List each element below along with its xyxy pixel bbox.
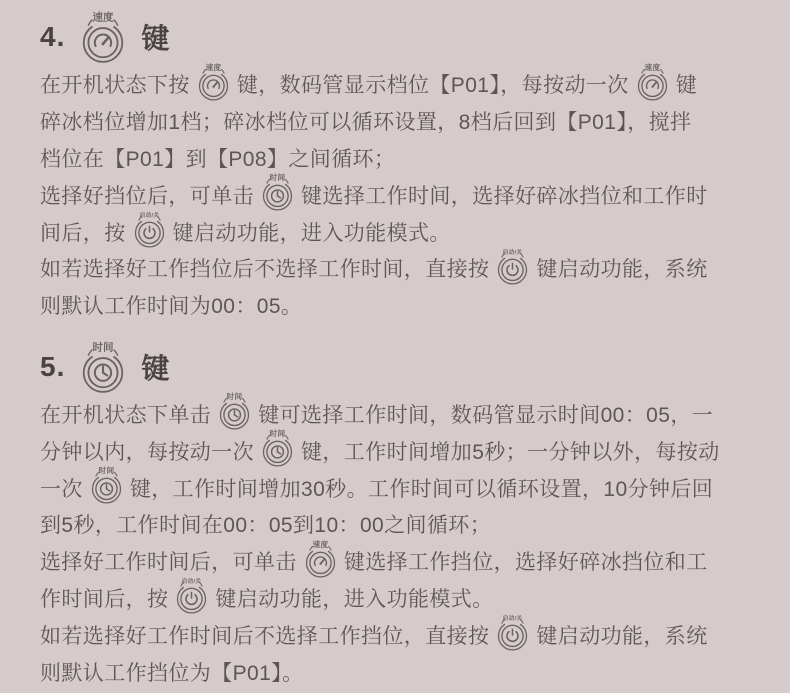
text-line: 选择好工作时间后，可单击速度键选择工作挡位，选择好碎冰挡位和工 [40, 543, 750, 580]
text-run: 碎冰档位增加1档；碎冰档位可以循环设置，8档后回到【P01】，搅拌 [40, 106, 691, 136]
text-run: 键启动功能，进入功能模式。 [173, 217, 451, 247]
text-run: 键可选择工作时间，数码管显示时间00：05，一 [258, 399, 713, 429]
text-run: 键，工作时间增加30秒。工作时间可以循环设置，10分钟后回 [130, 473, 713, 503]
time-icon-label: 时间 [270, 429, 286, 438]
text-line: 分钟以内，每按动一次时间键，工作时间增加5秒；一分钟以外，每按动 [40, 432, 750, 469]
power-icon-label: 启动/关 [503, 248, 523, 256]
time-icon-label: 时间 [227, 392, 243, 401]
time-icon: 时间 [257, 173, 298, 212]
text-line: 作时间后，按启动/关键启动功能，进入功能模式。 [40, 580, 750, 617]
speed-icon-label: 速度 [93, 11, 114, 24]
text-run: 如若选择好工作挡位后不选择工作时间，直接按 [40, 253, 489, 283]
speed-icon: 速度 [632, 63, 673, 102]
section-heading: 5.时间键 [40, 338, 750, 396]
text-run: 则默认工作挡位为【P01】。 [40, 657, 303, 687]
text-run: 档位在【P01】到【P08】之间循环； [40, 143, 395, 173]
power-icon-label: 启动/关 [503, 614, 523, 622]
text-line: 选择好挡位后，可单击时间键选择工作时间，选择好碎冰挡位和工作时 [40, 176, 750, 213]
time-icon: 时间 [214, 392, 255, 431]
text-line: 在开机状态下按速度键，数码管显示档位【P01】，每按动一次速度键 [40, 66, 750, 103]
text-run: 一次 [40, 473, 83, 503]
text-line: 碎冰档位增加1档；碎冰档位可以循环设置，8档后回到【P01】，搅拌 [40, 103, 750, 140]
text-line: 在开机状态下单击时间键可选择工作时间，数码管显示时间00：05，一 [40, 396, 750, 433]
text-line: 到5秒，工作时间在00：05到10：00之间循环； [40, 506, 750, 543]
text-run: 在开机状态下单击 [40, 399, 211, 429]
text-run: 键，工作时间增加5秒；一分钟以外，每按动 [301, 436, 720, 466]
section-number: 5. [40, 351, 65, 383]
text-run: 键启动功能，系统 [536, 620, 707, 650]
text-run: 间后，按 [40, 217, 126, 247]
text-run: 则默认工作时间为00：05。 [40, 290, 302, 320]
section-body: 在开机状态下单击时间键可选择工作时间，数码管显示时间00：05，一分钟以内，每按… [40, 396, 750, 690]
time-icon: 时间 [257, 429, 298, 468]
power-icon: 启动/关 [129, 210, 170, 249]
speed-icon-label: 速度 [312, 540, 328, 549]
text-line: 一次时间键，工作时间增加30秒。工作时间可以循环设置，10分钟后回 [40, 469, 750, 506]
power-icon: 启动/关 [492, 613, 533, 652]
section-5: 5.时间键在开机状态下单击时间键可选择工作时间，数码管显示时间00：05，一分钟… [40, 338, 750, 690]
section-heading: 4.速度键 [40, 8, 750, 66]
text-run: 键选择工作时间，选择好碎冰挡位和工作时 [301, 180, 708, 210]
text-line: 则默认工作挡位为【P01】。 [40, 653, 750, 690]
text-run: 分钟以内，每按动一次 [40, 436, 254, 466]
text-run: 键，数码管显示档位【P01】，每按动一次 [237, 69, 629, 99]
speed-icon-label: 速度 [644, 63, 660, 72]
section-title-word: 键 [141, 347, 169, 387]
text-run: 如若选择好工作时间后不选择工作挡位，直接按 [40, 620, 489, 650]
text-line: 如若选择好工作挡位后不选择工作时间，直接按启动/关键启动功能，系统 [40, 250, 750, 287]
text-run: 键选择工作挡位，选择好碎冰挡位和工 [344, 546, 708, 576]
text-line: 如若选择好工作时间后不选择工作挡位，直接按启动/关键启动功能，系统 [40, 616, 750, 653]
text-run: 到5秒，工作时间在00：05到10：00之间循环； [40, 509, 491, 539]
text-line: 档位在【P01】到【P08】之间循环； [40, 140, 750, 177]
text-run: 键启动功能，系统 [536, 253, 707, 283]
section-4: 4.速度键在开机状态下按速度键，数码管显示档位【P01】，每按动一次速度键碎冰档… [40, 8, 750, 324]
text-run: 在开机状态下按 [40, 69, 190, 99]
text-line: 间后，按启动/关键启动功能，进入功能模式。 [40, 213, 750, 250]
manual-page: 4.速度键在开机状态下按速度键，数码管显示档位【P01】，每按动一次速度键碎冰档… [0, 0, 790, 690]
time-icon: 时间 [75, 341, 131, 395]
section-body: 在开机状态下按速度键，数码管显示档位【P01】，每按动一次速度键碎冰档位增加1档… [40, 66, 750, 324]
power-icon-label: 启动/关 [182, 577, 202, 585]
speed-icon-label: 速度 [205, 63, 221, 72]
speed-icon: 速度 [300, 540, 341, 579]
time-icon-label: 时间 [93, 341, 114, 354]
speed-icon: 速度 [193, 63, 234, 102]
text-line: 则默认工作时间为00：05。 [40, 287, 750, 324]
section-number: 4. [40, 21, 65, 53]
text-run: 选择好工作时间后，可单击 [40, 546, 297, 576]
time-icon-label: 时间 [98, 466, 114, 475]
speed-icon: 速度 [75, 11, 131, 65]
text-run: 作时间后，按 [40, 583, 168, 613]
text-run: 键启动功能，进入功能模式。 [215, 583, 493, 613]
text-run: 选择好挡位后，可单击 [40, 180, 254, 210]
power-icon: 启动/关 [171, 576, 212, 615]
time-icon-label: 时间 [270, 173, 286, 182]
section-title-word: 键 [141, 17, 169, 57]
text-run: 键 [676, 69, 697, 99]
time-icon: 时间 [86, 466, 127, 505]
power-icon: 启动/关 [492, 247, 533, 286]
power-icon-label: 启动/关 [139, 211, 159, 219]
